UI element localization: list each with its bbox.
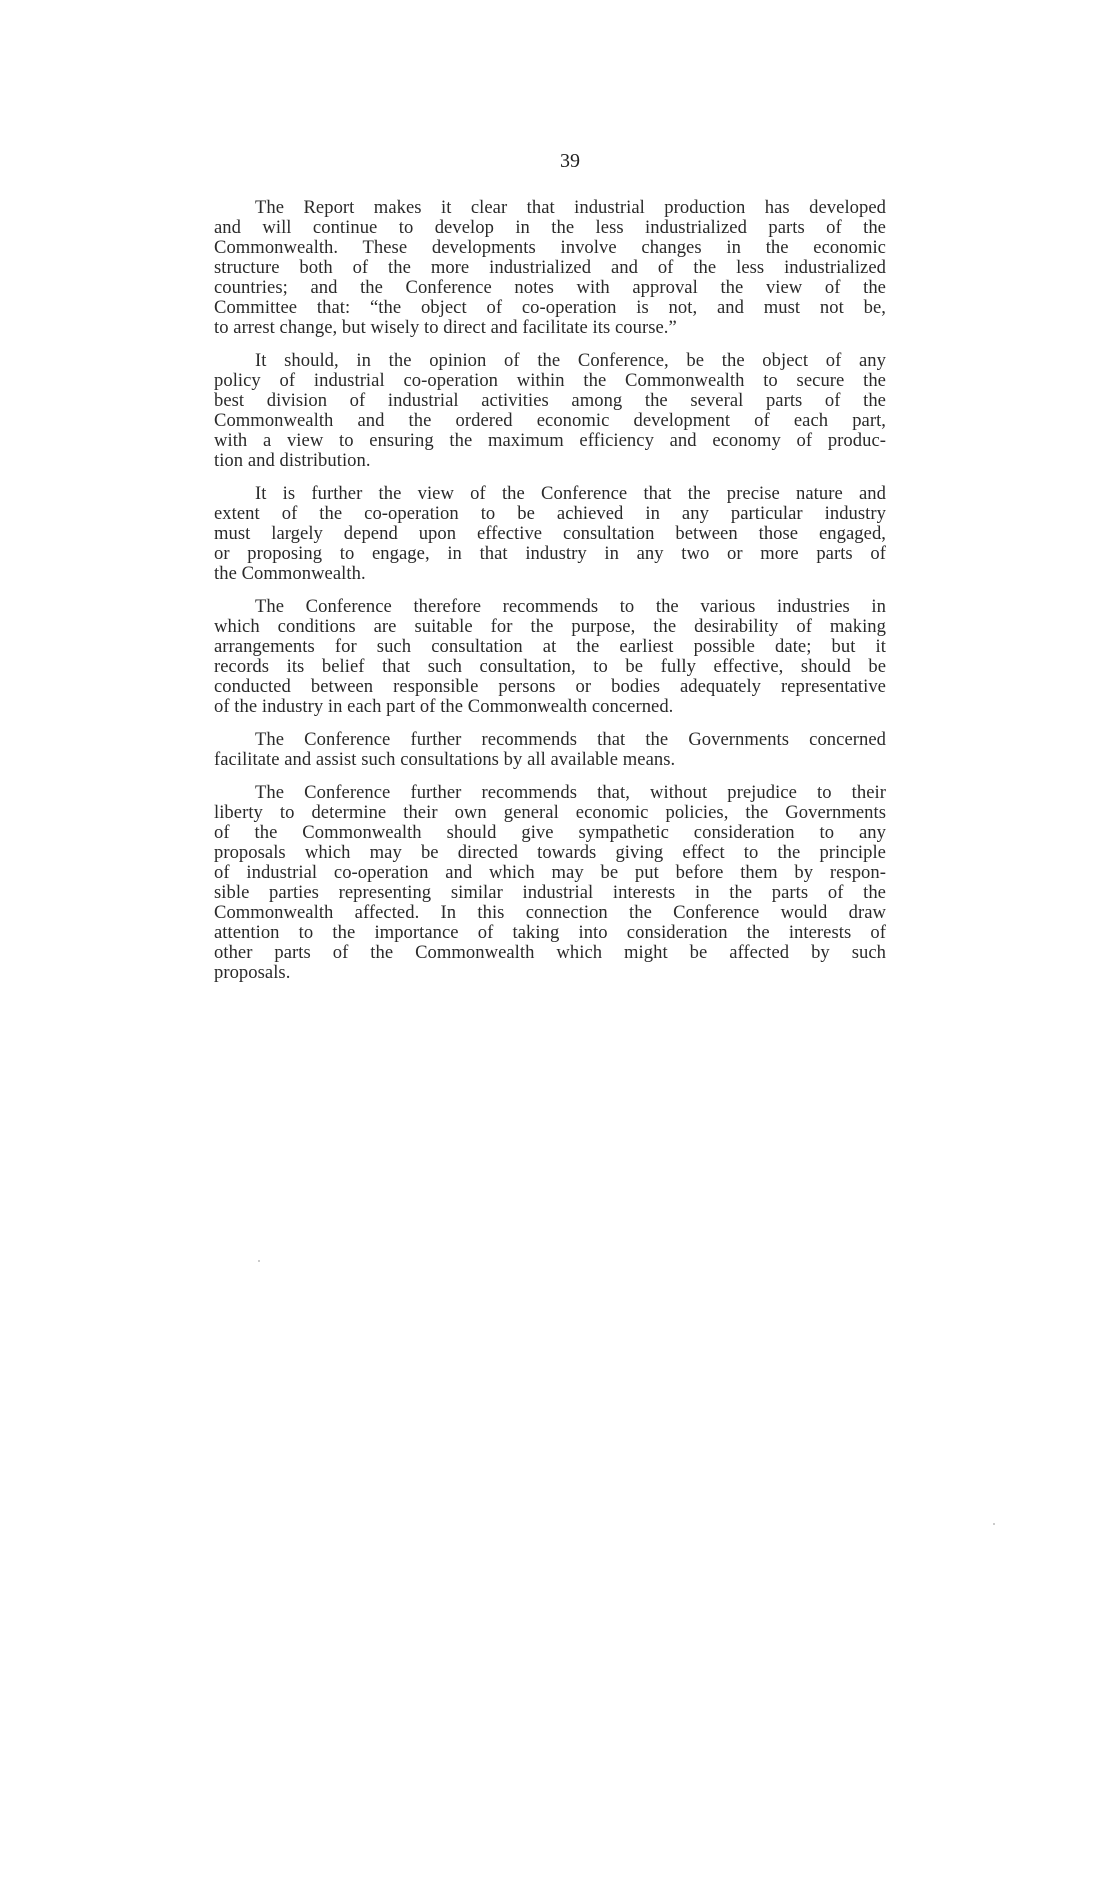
text-line: The Conference further recommends that t… bbox=[214, 730, 886, 750]
scan-speck bbox=[258, 1260, 260, 1262]
text-line: with a view to ensuring the maximum effi… bbox=[214, 431, 886, 451]
text-line: The Conference further recommends that, … bbox=[214, 783, 886, 803]
text-line: of the industry in each part of the Comm… bbox=[214, 697, 886, 717]
text-line: Commonwealth affected. In this connectio… bbox=[214, 903, 886, 923]
text-line: best division of industrial activities a… bbox=[214, 391, 886, 411]
text-line: liberty to determine their own general e… bbox=[214, 803, 886, 823]
text-line: countries; and the Conference notes with… bbox=[214, 278, 886, 298]
text-line: facilitate and assist such consultations… bbox=[214, 750, 886, 770]
text-line: records its belief that such consultatio… bbox=[214, 657, 886, 677]
text-line: which conditions are suitable for the pu… bbox=[214, 617, 886, 637]
text-line: Commonwealth. These developments involve… bbox=[214, 238, 886, 258]
text-line: extent of the co-operation to be achieve… bbox=[214, 504, 886, 524]
text-line: proposals. bbox=[214, 963, 886, 983]
text-line: conducted between responsible persons or… bbox=[214, 677, 886, 697]
text-line: to arrest change, but wisely to direct a… bbox=[214, 318, 886, 338]
text-line: tion and distribution. bbox=[214, 451, 886, 471]
text-line: The Report makes it clear that industria… bbox=[214, 198, 886, 218]
scan-speck bbox=[993, 1523, 995, 1525]
page-number: 39 bbox=[0, 150, 1114, 172]
text-line: Commonwealth and the ordered economic de… bbox=[214, 411, 886, 431]
text-line: It should, in the opinion of the Confere… bbox=[214, 351, 886, 371]
text-line: policy of industrial co-operation within… bbox=[214, 371, 886, 391]
text-line: Committee that: “the object of co-operat… bbox=[214, 298, 886, 318]
text-line: must largely depend upon effective consu… bbox=[214, 524, 886, 544]
text-line: attention to the importance of taking in… bbox=[214, 923, 886, 943]
paragraph-recommendation-governments: The Conference further recommends that t… bbox=[214, 730, 886, 770]
text-line: proposals which may be directed towards … bbox=[214, 843, 886, 863]
text-line: of the Commonwealth should give sympathe… bbox=[214, 823, 886, 843]
text-line: other parts of the Commonwealth which mi… bbox=[214, 943, 886, 963]
text-line: of industrial co-operation and which may… bbox=[214, 863, 886, 883]
text-line: The Conference therefore recommends to t… bbox=[214, 597, 886, 617]
text-line: It is further the view of the Conference… bbox=[214, 484, 886, 504]
text-line: or proposing to engage, in that industry… bbox=[214, 544, 886, 564]
text-line: and will continue to develop in the less… bbox=[214, 218, 886, 238]
text-line: sible parties representing similar indus… bbox=[214, 883, 886, 903]
paragraph-sympathetic-consideration: The Conference further recommends that, … bbox=[214, 783, 886, 983]
text-line: arrangements for such consultation at th… bbox=[214, 637, 886, 657]
paragraph-consultation-view: It is further the view of the Conference… bbox=[214, 484, 886, 584]
text-line: the Commonwealth. bbox=[214, 564, 886, 584]
paragraph-recommendation-industries: The Conference therefore recommends to t… bbox=[214, 597, 886, 717]
paragraph-policy-object: It should, in the opinion of the Confere… bbox=[214, 351, 886, 471]
text-line: structure both of the more industrialize… bbox=[214, 258, 886, 278]
body-text: The Report makes it clear that industria… bbox=[214, 198, 886, 996]
paragraph-industrial-production: The Report makes it clear that industria… bbox=[214, 198, 886, 338]
